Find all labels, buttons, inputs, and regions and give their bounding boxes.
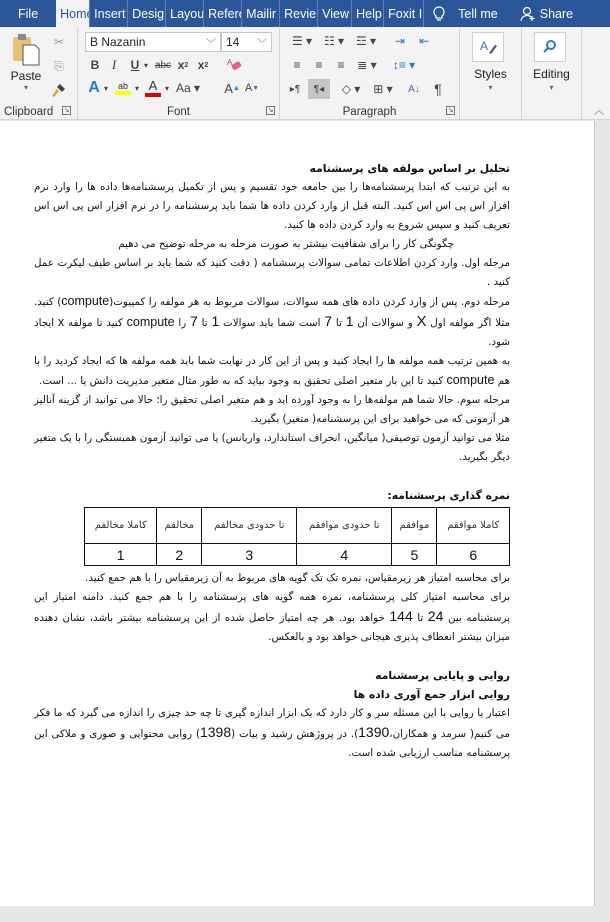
document-content[interactable]: تحلیل بر اساس مولفه های پرسشنامه به این …: [34, 159, 510, 763]
ribbon: Paste ▾ ✂ ⎘ Clipboard ↘ B Nazanin ﹀ 14 ﹀…: [0, 27, 610, 120]
scoring-table: کاملا موافقم موافقم تا حدودی موافقم تا ح…: [84, 507, 510, 566]
tab-file[interactable]: File: [0, 0, 56, 27]
paragraph: مرحله دوم. پس از وارد کردن داده های همه …: [34, 292, 510, 352]
highlight-color-swatch: [115, 91, 131, 95]
collapse-ribbon-icon[interactable]: ︿: [594, 102, 604, 117]
borders-button[interactable]: ⊞ ▾: [368, 79, 398, 99]
font-launcher-icon[interactable]: ↘: [266, 106, 275, 115]
align-left-icon[interactable]: ≡: [288, 56, 306, 74]
font-size-combo[interactable]: 14 ﹀: [221, 32, 272, 52]
numbering-button[interactable]: ☷ ▾: [320, 32, 348, 50]
superscript-button[interactable]: x2: [195, 57, 211, 73]
highlight-dropdown-icon[interactable]: ▾: [133, 78, 141, 98]
multilevel-list-button[interactable]: ☲ ▾: [352, 32, 380, 50]
table-cell: 4: [297, 544, 392, 566]
font-size-value: 14: [226, 35, 239, 49]
table-cell: موافقم: [392, 508, 437, 544]
paste-label: Paste: [11, 69, 42, 83]
paste-button[interactable]: Paste ▾: [8, 33, 44, 99]
table-cell: 1: [85, 544, 157, 566]
table-row-labels: کاملا موافقم موافقم تا حدودی موافقم تا ح…: [85, 508, 510, 544]
bold-button[interactable]: B: [88, 57, 102, 73]
chevron-down-icon: ﹀: [206, 35, 216, 50]
align-right-icon[interactable]: ≡: [332, 56, 350, 74]
font-name-value: B Nazanin: [90, 35, 145, 49]
italic-button[interactable]: I: [107, 57, 121, 73]
format-painter-icon[interactable]: [50, 81, 68, 99]
tab-help[interactable]: Help: [352, 0, 384, 27]
clipboard-group: Paste ▾ ✂ ⎘ Clipboard ↘: [0, 27, 78, 120]
paste-icon: [11, 33, 41, 67]
clear-formatting-icon[interactable]: A: [224, 56, 244, 74]
paragraph: به این ترتیب که ابتدا پرسشنامه‌ها را بین…: [34, 178, 510, 235]
editing-dropdown-icon: ▾: [522, 83, 581, 92]
search-icon: [534, 32, 566, 62]
person-add-icon: [520, 6, 536, 22]
paragraph-launcher-icon[interactable]: ↘: [446, 106, 455, 115]
paragraph: مرحله سوم. حالا شما هم مولفه‌ها را به وج…: [34, 391, 510, 429]
tab-view[interactable]: View: [318, 0, 352, 27]
justify-button[interactable]: ≣ ▾: [354, 56, 380, 74]
underline-dropdown-icon[interactable]: ▾: [142, 57, 150, 73]
tab-home[interactable]: Home: [56, 0, 90, 27]
table-cell: مخالفم: [157, 508, 202, 544]
table-cell: تا حدودی مخالفم: [202, 508, 297, 544]
ltr-direction-icon[interactable]: ▸¶: [286, 79, 304, 99]
table-cell: 3: [202, 544, 297, 566]
paragraph: مرحله اول. وارد کردن اطلاعات تمامی سوالا…: [34, 254, 510, 292]
sort-icon[interactable]: A↓: [404, 79, 424, 99]
paragraph: اعتبار یا روایی با این مسئله سر و کار دا…: [34, 704, 510, 763]
paragraph: مثلا می توانید آزمون توصیفی( میانگین، ان…: [34, 429, 510, 467]
table-cell: 6: [437, 544, 510, 566]
paragraph: برای محاسبه امتیاز کلی پرسشنامه، نمره هم…: [34, 588, 510, 647]
heading-scoring: نمره گذاری پرسشنامه:: [34, 486, 510, 505]
copy-icon[interactable]: ⎘: [50, 57, 68, 75]
tab-review[interactable]: Revie: [280, 0, 318, 27]
paragraph: چگونگی کار را برای شفافیت بیشتر به صورت …: [34, 235, 510, 254]
strikethrough-button[interactable]: abc: [153, 57, 173, 73]
tab-insert[interactable]: Insert: [90, 0, 128, 27]
cut-icon[interactable]: ✂: [50, 33, 68, 51]
heading-analysis: تحلیل بر اساس مولفه های پرسشنامه: [34, 159, 510, 178]
paragraph-group: ☰ ▾ ☷ ▾ ☲ ▾ ⇥ ⇤ ≡ ≡ ≡ ≣ ▾ ↕≡ ▾ ▸¶ ¶◂ ◇ ▾…: [280, 27, 460, 120]
heading-validity-reliability: روایی و پایایی پرسشنامه: [34, 666, 510, 685]
styles-group[interactable]: A Styles ▾: [460, 27, 522, 120]
decrease-indent-icon[interactable]: ⇥: [390, 32, 410, 50]
highlight-color-button[interactable]: ab: [114, 78, 132, 98]
underline-button[interactable]: U: [128, 57, 142, 73]
increase-indent-icon[interactable]: ⇤: [414, 32, 434, 50]
tab-design[interactable]: Desig: [128, 0, 166, 27]
change-case-button[interactable]: Aa ▾: [174, 78, 202, 98]
tab-foxit[interactable]: Foxit I: [384, 0, 424, 27]
paragraph-label: Paragraph: [280, 106, 459, 118]
svg-text:A: A: [480, 39, 488, 53]
ribbon-tab-bar: File Home Insert Desig Layou Refere Mail…: [0, 0, 610, 27]
paragraph: به همین ترتیب همه مولفه ها را ایجاد کنید…: [34, 352, 510, 391]
tab-mailings[interactable]: Mailir: [242, 0, 280, 27]
chevron-down-icon: ﹀: [257, 35, 267, 50]
font-group: B Nazanin ﹀ 14 ﹀ B I U ▾ abc x2 x2 A A ▾…: [78, 27, 280, 120]
styles-icon: A: [472, 32, 504, 62]
clipboard-launcher-icon[interactable]: ↘: [62, 106, 71, 115]
styles-label: Styles: [460, 67, 521, 81]
lightbulb-icon: [432, 6, 446, 22]
shading-button[interactable]: ◇ ▾: [336, 79, 366, 99]
tell-me-label: Tell me: [458, 7, 498, 21]
bullets-button[interactable]: ☰ ▾: [288, 32, 316, 50]
font-color-button[interactable]: A: [144, 78, 162, 98]
grow-font-button[interactable]: A▲: [224, 78, 240, 98]
vertical-scrollbar[interactable]: [595, 121, 610, 922]
font-color-swatch: [145, 93, 161, 97]
font-label: Font: [78, 106, 279, 118]
table-cell: کاملا موافقم: [437, 508, 510, 544]
subscript-button[interactable]: x2: [175, 57, 191, 73]
paragraph: برای محاسبه امتیاز هر زیرمقیاس، نمره تک …: [34, 569, 510, 588]
share-button[interactable]: Share: [520, 0, 573, 27]
document-page[interactable]: تحلیل بر اساس مولفه های پرسشنامه به این …: [0, 121, 595, 906]
font-name-combo[interactable]: B Nazanin ﹀: [85, 32, 221, 52]
editing-label: Editing: [522, 67, 581, 81]
styles-dropdown-icon: ▾: [460, 83, 521, 92]
heading-validity: روایی ابزار جمع آوری داده ها: [34, 685, 510, 704]
table-cell: 2: [157, 544, 202, 566]
text-effects-icon[interactable]: A: [86, 78, 102, 98]
shrink-font-button[interactable]: A▼: [244, 78, 260, 98]
show-formatting-marks-icon[interactable]: ¶: [430, 79, 446, 99]
line-spacing-button[interactable]: ↕≡ ▾: [390, 56, 418, 74]
tab-references[interactable]: Refere: [204, 0, 242, 27]
paste-dropdown-icon: ▾: [24, 83, 28, 92]
table-cell: تا حدودی موافقم: [297, 508, 392, 544]
rtl-direction-icon[interactable]: ¶◂: [308, 79, 330, 99]
editing-group[interactable]: Editing ▾: [522, 27, 582, 120]
text-effects-dropdown-icon[interactable]: ▾: [102, 78, 110, 98]
tab-layout[interactable]: Layou: [166, 0, 204, 27]
table-cell: کاملا مخالفم: [85, 508, 157, 544]
tell-me-search[interactable]: Tell me: [432, 0, 498, 27]
table-cell: 5: [392, 544, 437, 566]
font-color-dropdown-icon[interactable]: ▾: [163, 78, 171, 98]
share-label: Share: [540, 7, 573, 21]
align-center-icon[interactable]: ≡: [310, 56, 328, 74]
table-row-scores: 6 5 4 3 2 1: [85, 544, 510, 566]
